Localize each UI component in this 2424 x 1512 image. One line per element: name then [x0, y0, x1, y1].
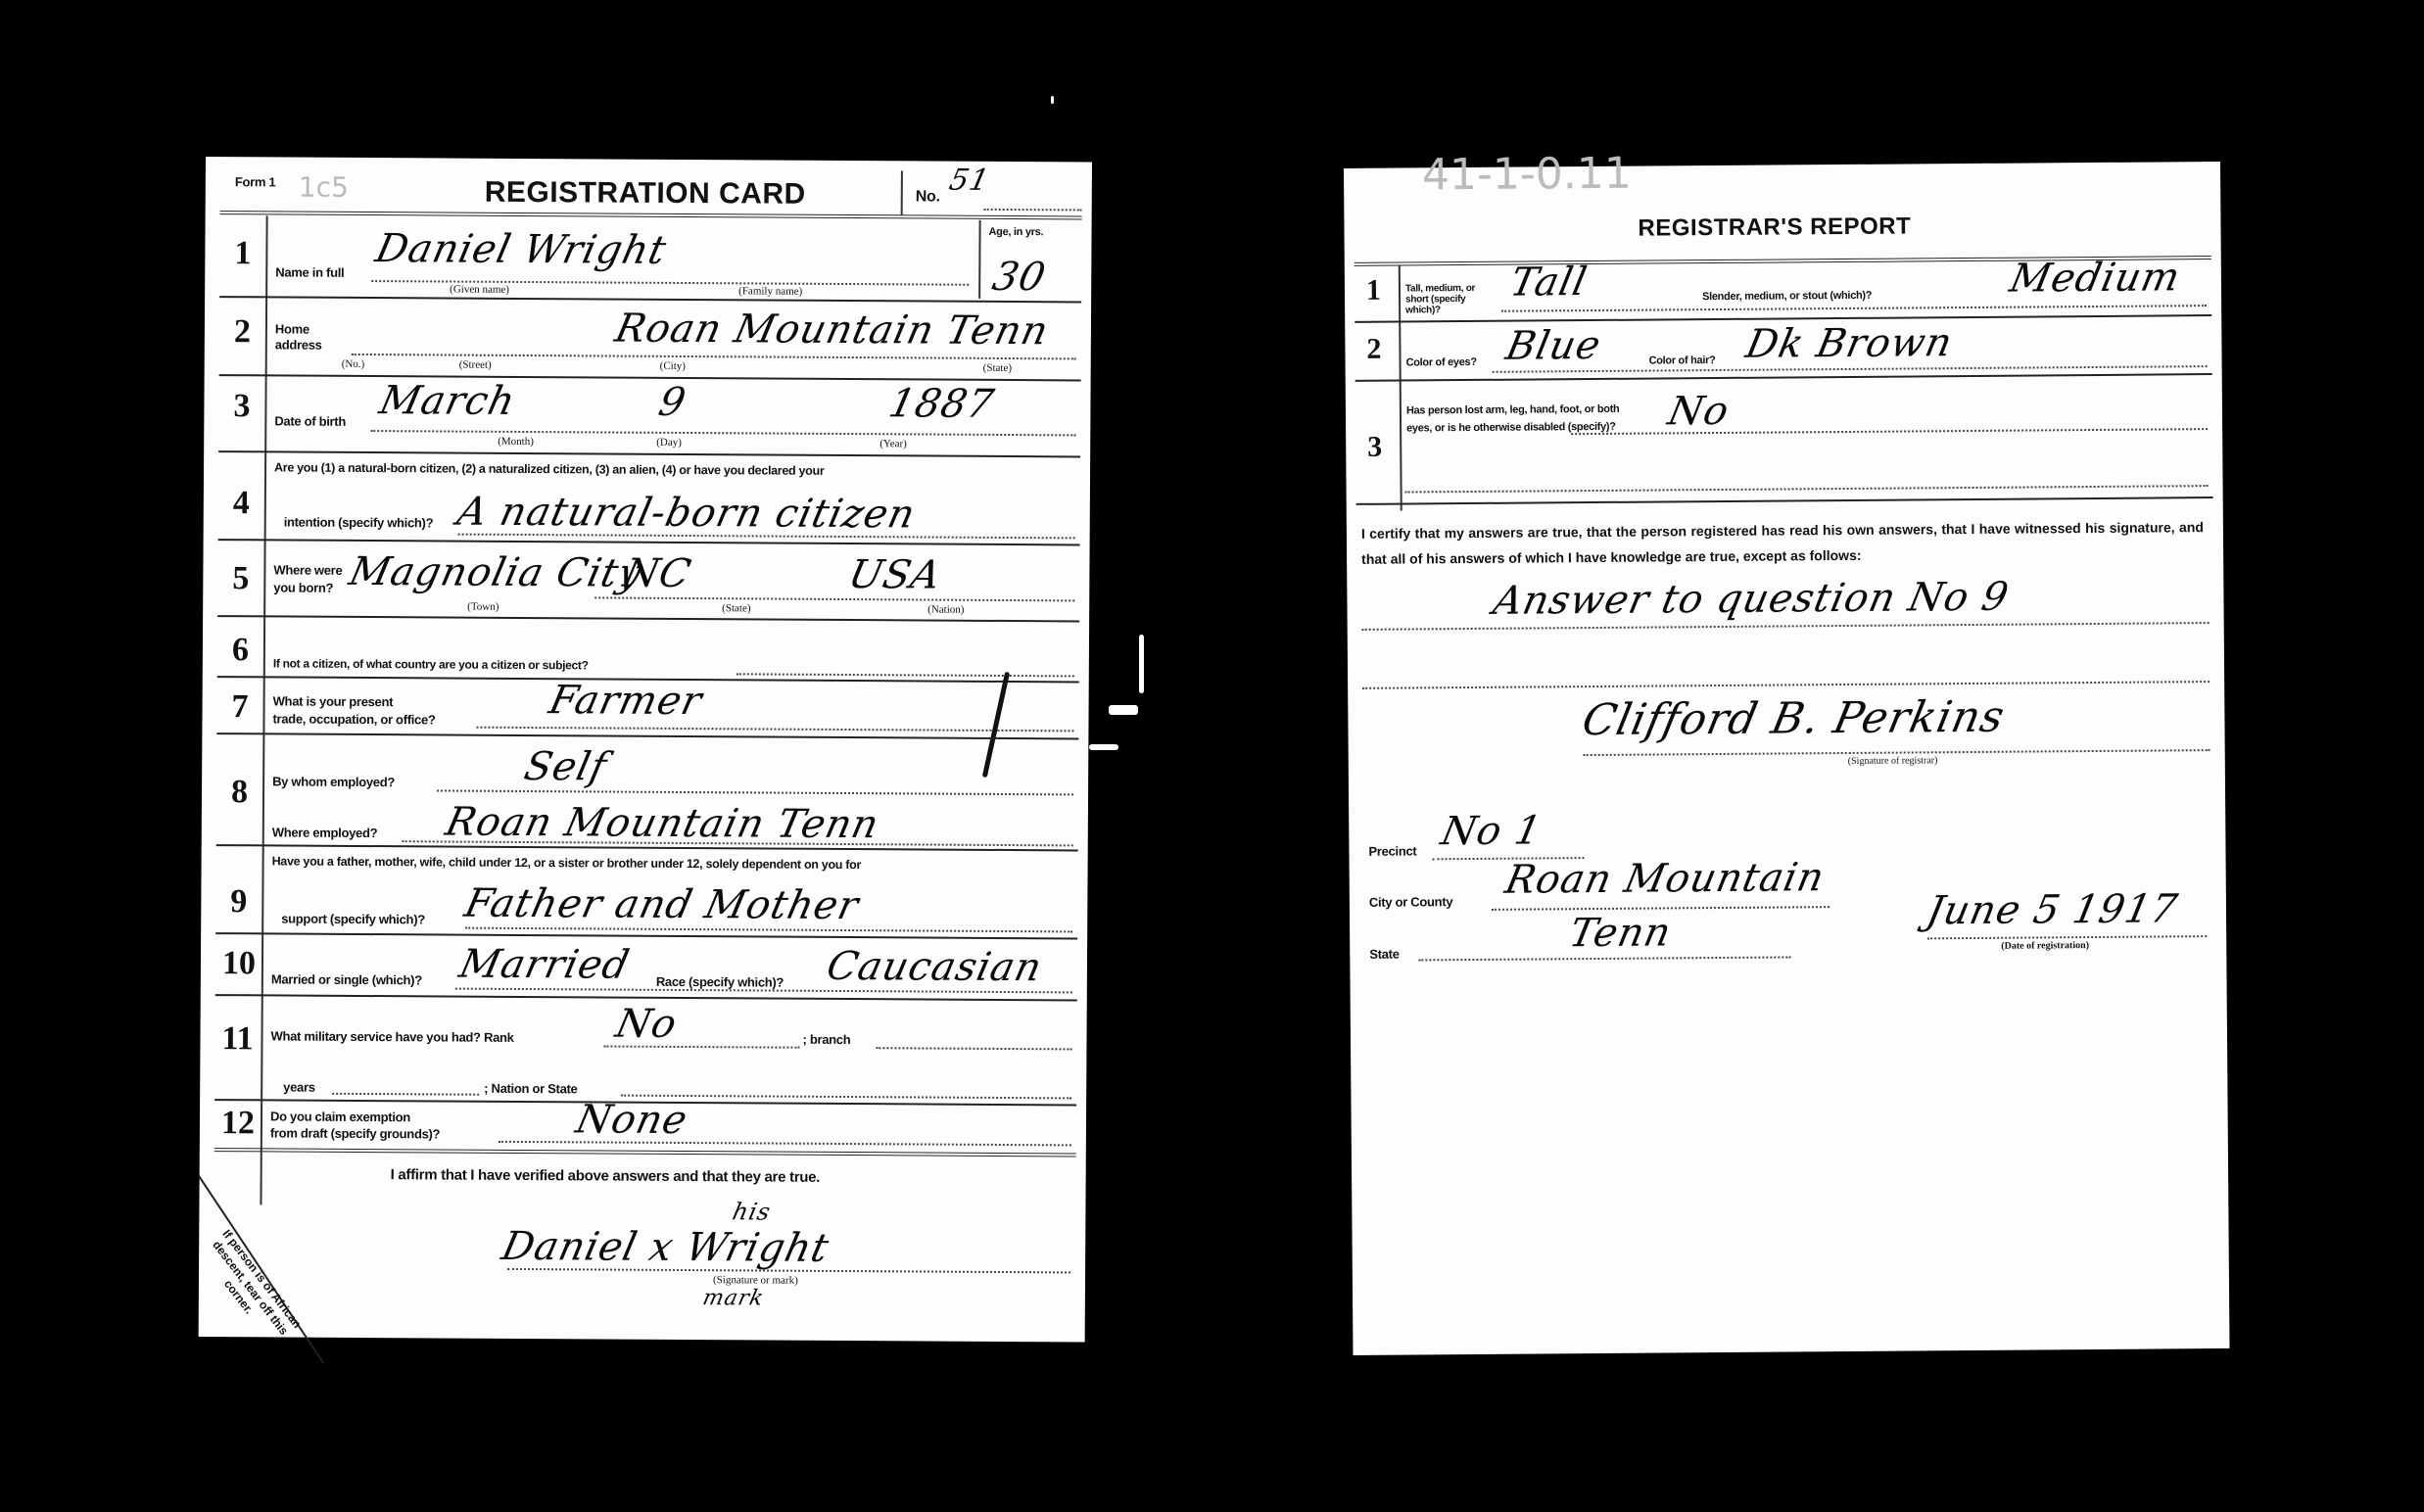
nation-caption: (Nation): [927, 604, 964, 616]
race-label: Race (specify which)?: [656, 974, 784, 990]
row-number-1: 1: [234, 235, 251, 272]
scan-artifact: [1051, 96, 1054, 104]
street-caption: (Street): [459, 359, 492, 371]
number-label: No.: [916, 188, 940, 206]
report-row-number-1: 1: [1366, 274, 1381, 307]
city-county-label: City or County: [1369, 894, 1452, 910]
family-name-caption: (Family name): [738, 285, 802, 297]
faint-stamp: 1c5: [299, 171, 349, 204]
day-caption: (Day): [656, 437, 682, 449]
military-label: What military service have you had? Rank: [270, 1028, 513, 1045]
scan-artifact: [1089, 744, 1118, 750]
dob-day: 9: [654, 380, 690, 425]
city-caption: (City): [660, 360, 686, 372]
intention-label: intention (specify which)?: [284, 514, 434, 530]
eye-color-label: Color of eyes?: [1406, 356, 1477, 369]
row-number-12: 12: [221, 1105, 255, 1142]
occupation-label-2: trade, occupation, or office?: [272, 711, 435, 727]
report-title: REGISTRAR'S REPORT: [1638, 213, 1911, 242]
precinct-label: Precinct: [1368, 843, 1416, 858]
row-number-2: 2: [234, 313, 251, 351]
name-label: Name in full: [275, 264, 344, 279]
registrar-caption: (Signature of registrar): [1848, 755, 1938, 767]
home-label: Home: [275, 321, 309, 336]
given-name-caption: (Given name): [450, 284, 509, 296]
dependents-value: Father and Mother: [460, 881, 863, 928]
military-rank-value: No: [612, 1002, 682, 1047]
hair-color-label: Color of hair?: [1649, 354, 1716, 367]
birth-town: Magnolia City: [345, 549, 646, 596]
registration-date-value: June 5 1917: [1923, 886, 2181, 933]
signature-caption: (Signature or mark): [713, 1274, 798, 1287]
row-number-9: 9: [230, 883, 247, 921]
report-row-number-3: 3: [1367, 431, 1382, 464]
marital-value: Married: [455, 942, 634, 988]
dependents-question: Have you a father, mother, wife, child u…: [272, 854, 862, 872]
certification-text: I certify that my answers are true, that…: [1361, 514, 2204, 572]
disability-value: No: [1664, 389, 1734, 435]
build-label: Slender, medium, or stout (which)?: [1702, 290, 1872, 303]
month-caption: (Month): [498, 436, 534, 448]
registrant-signature: Daniel x Wright: [498, 1224, 833, 1271]
dob-year: 1887: [884, 381, 998, 427]
exemption-label-1: Do you claim exemption: [270, 1109, 410, 1124]
nation-state-label: ; Nation or State: [484, 1081, 577, 1097]
registration-card: Form 1 1c5 REGISTRATION CARD No. 51 Age,…: [199, 157, 1092, 1343]
report-row-number-2: 2: [1366, 333, 1381, 366]
row-number-6: 6: [232, 632, 249, 669]
affirmation-text: I affirm that I have verified above answ…: [391, 1166, 820, 1186]
employer-label: By whom employed?: [272, 774, 395, 789]
name-value: Daniel Wright: [371, 226, 670, 273]
row-number-4: 4: [233, 485, 250, 522]
build-value: Medium: [2006, 255, 2184, 301]
occupation-label-1: What is your present: [273, 693, 394, 709]
marital-label: Married or single (which)?: [271, 971, 422, 987]
exception-value: Answer to question No 9: [1490, 575, 2013, 624]
signature-his: his: [730, 1198, 774, 1225]
faint-stamp-report: 41-1-0.11: [1422, 149, 1632, 201]
height-label: Tall, medium, or short (specify which)?: [1405, 283, 1494, 316]
row-number-11: 11: [221, 1020, 253, 1058]
row-number-7: 7: [231, 688, 248, 726]
row-number-5: 5: [232, 560, 249, 597]
row-number-8: 8: [231, 774, 248, 811]
work-location-value: Roan Mountain Tenn: [442, 800, 883, 848]
employer-value: Self: [520, 744, 611, 789]
card-number: 51: [946, 164, 993, 198]
birth-state: NC: [619, 551, 695, 596]
age-value: 30: [988, 255, 1050, 300]
branch-label: ; branch: [802, 1032, 850, 1047]
disability-label-1: Has person lost arm, leg, hand, foot, or…: [1406, 403, 1620, 417]
year-caption: (Year): [879, 438, 907, 449]
birth-nation: USA: [844, 552, 945, 598]
exemption-label-2: from draft (specify grounds)?: [270, 1125, 440, 1141]
row-number-10: 10: [222, 945, 256, 982]
foreign-citizen-label: If not a citizen, of what country are yo…: [273, 656, 589, 672]
race-value: Caucasian: [823, 944, 1046, 990]
citizenship-question: Are you (1) a natural-born citizen, (2) …: [274, 460, 824, 477]
home-address-value: Roan Mountain Tenn: [611, 307, 1053, 354]
state-caption: (State): [983, 362, 1012, 374]
state-label: State: [1369, 947, 1399, 962]
age-label: Age, in yrs.: [989, 226, 1044, 238]
address-label: address: [275, 337, 322, 352]
registrar-signature: Clifford B. Perkins: [1578, 692, 2009, 745]
tally-mark: [982, 672, 1010, 779]
state-caption-5: (State): [722, 602, 750, 614]
birthplace-label-1: Where were: [273, 562, 342, 577]
eye-color-value: Blue: [1502, 323, 1605, 369]
town-caption: (Town): [467, 601, 499, 613]
support-label: support (specify which)?: [281, 911, 425, 926]
card-title: REGISTRATION CARD: [485, 176, 806, 212]
registration-date-caption: (Date of registration): [2001, 940, 2089, 952]
years-label: years: [283, 1080, 315, 1095]
dob-month: March: [375, 378, 519, 424]
birthplace-label-2: you born?: [273, 580, 333, 594]
height-value: Tall: [1506, 260, 1591, 306]
work-location-label: Where employed?: [272, 825, 378, 840]
no-caption: (No.): [342, 358, 365, 370]
citizenship-value: A natural-born citizen: [453, 490, 920, 538]
exemption-value: None: [572, 1097, 692, 1143]
scan-artifact: [1139, 635, 1144, 693]
precinct-value: No 1: [1438, 808, 1546, 854]
form-label: Form 1: [235, 174, 276, 189]
hair-color-value: Dk Brown: [1742, 320, 1957, 367]
corner-note: If person is of African descent, tear of…: [194, 1224, 307, 1351]
scan-artifact: [1109, 705, 1138, 715]
row-number-3: 3: [233, 388, 250, 425]
registrars-report-card: 41-1-0.11 REGISTRAR'S REPORT 1 Tall, med…: [1344, 162, 2229, 1355]
dob-label: Date of birth: [274, 413, 346, 428]
signature-mark: mark: [700, 1286, 766, 1310]
state-value: Tenn: [1565, 910, 1675, 956]
city-county-value: Roan Mountain: [1501, 855, 1829, 903]
occupation-value: Farmer: [546, 678, 707, 724]
